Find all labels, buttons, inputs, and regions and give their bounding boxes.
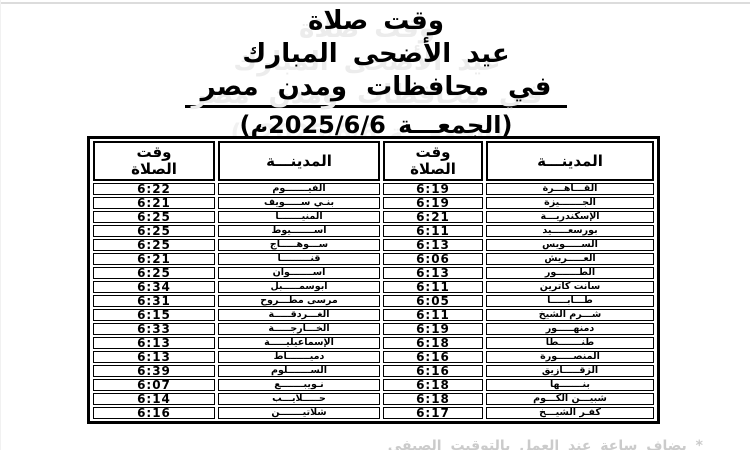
- time-cell-right: 6:11: [383, 309, 483, 321]
- table-row: سانت كاترين6:11أبوسمـــــبل6:34: [93, 281, 654, 293]
- table-row: الســـــويس6:13ســـوهـــــاج6:25: [93, 239, 654, 251]
- time-cell-left: 6:25: [93, 225, 215, 237]
- city-cell-left: أســـــــيوط: [218, 225, 380, 237]
- city-cell-left: المنيـــــــا: [218, 211, 380, 223]
- city-cell-right: طنـــــــطا: [486, 337, 654, 349]
- city-cell-right: الطـــــــور: [486, 267, 654, 279]
- city-cell-left: الســـــــلوم: [218, 365, 380, 377]
- time-cell-left: 6:25: [93, 239, 215, 251]
- city-cell-left: نـويبـــــــع: [218, 379, 380, 391]
- time-cell-left: 6:13: [93, 351, 215, 363]
- time-cell-left: 6:15: [93, 309, 215, 321]
- city-cell-right: الجـــــــيزة: [486, 197, 654, 209]
- time-cell-right: 6:16: [383, 351, 483, 363]
- table-row: العـــــريش6:06قنـــــــــا6:21: [93, 253, 654, 265]
- city-cell-left: الإسماعيليـــــة: [218, 337, 380, 349]
- city-cell-right: طـــابـــــا: [486, 295, 654, 307]
- title-line-governorates: في محافظات ومدن مصر: [1, 71, 750, 108]
- city-cell-left: قنـــــــــا: [218, 253, 380, 265]
- title-block: وقت صلاة عيد الأضحى المبارك في محافظات و…: [1, 5, 750, 140]
- table-row: الجـــــــيزة6:19بنـي ســـــويف6:21: [93, 197, 654, 209]
- title-line-governorates-text: في محافظات ومدن مصر: [185, 71, 568, 108]
- time-cell-left: 6:25: [93, 267, 215, 279]
- time-cell-right: 6:05: [383, 295, 483, 307]
- time-cell-right: 6:11: [383, 281, 483, 293]
- time-cell-right: 6:21: [383, 211, 483, 223]
- city-cell-right: شبيـــن الكـــوم: [486, 393, 654, 405]
- city-cell-right: الإسكندريـــة: [486, 211, 654, 223]
- table-row: المنصـــــورة6:16دميـــــــاط6:13: [93, 351, 654, 363]
- time-cell-right: 6:19: [383, 197, 483, 209]
- city-cell-left: بنـي ســـــويف: [218, 197, 380, 209]
- city-cell-right: شـــرم الشيخ: [486, 309, 654, 321]
- top-divider-line: [1, 2, 750, 4]
- time-cell-right: 6:13: [383, 267, 483, 279]
- city-cell-right: القـــاهـــرة: [486, 183, 654, 195]
- city-cell-left: الغـــردقـــــة: [218, 309, 380, 321]
- city-cell-right: دمنهـــــور: [486, 323, 654, 335]
- city-cell-left: أســـــــوان: [218, 267, 380, 279]
- table-row: بورسعـــــيد6:11أســـــــيوط6:25: [93, 225, 654, 237]
- table-row: شـــرم الشيخ6:11الغـــردقـــــة6:15: [93, 309, 654, 321]
- time-cell-left: 6:31: [93, 295, 215, 307]
- header-time-right-line1: وقت: [385, 144, 481, 161]
- city-cell-right: بنـــــــها: [486, 379, 654, 391]
- city-cell-left: شلاتيـــــــن: [218, 407, 380, 419]
- table-row: الإسكندريـــة6:21المنيـــــــا6:25: [93, 211, 654, 223]
- header-city-right: المدينـــة: [486, 141, 654, 181]
- time-cell-left: 6:39: [93, 365, 215, 377]
- city-cell-left: حـــــلايـــب: [218, 393, 380, 405]
- time-cell-left: 6:33: [93, 323, 215, 335]
- time-cell-right: 6:19: [383, 183, 483, 195]
- city-cell-left: مرسى مطـــروح: [218, 295, 380, 307]
- time-cell-left: 6:22: [93, 183, 215, 195]
- header-time-left: وقت الصلاة: [93, 141, 215, 181]
- table-row: الزقـــــازيق6:16الســـــــلوم6:39: [93, 365, 654, 377]
- table-row: دمنهـــــور6:19الخـــارجـــــة6:33: [93, 323, 654, 335]
- table-row: بنـــــــها6:18نـويبـــــــع6:07: [93, 379, 654, 391]
- table-row: شبيـــن الكـــوم6:18حـــــلايـــب6:14: [93, 393, 654, 405]
- time-cell-left: 6:21: [93, 197, 215, 209]
- title-line-prayer-time: وقت صلاة: [1, 5, 750, 38]
- city-cell-left: الفيـــــــوم: [218, 183, 380, 195]
- time-cell-right: 6:19: [383, 323, 483, 335]
- header-time-left-line1: وقت: [95, 144, 213, 161]
- time-cell-right: 6:11: [383, 225, 483, 237]
- time-cell-left: 6:34: [93, 281, 215, 293]
- table-row: القـــاهـــرة6:19الفيـــــــوم6:22: [93, 183, 654, 195]
- time-cell-right: 6:17: [383, 407, 483, 419]
- time-cell-right: 6:06: [383, 253, 483, 265]
- dst-footnote: * يضاف ساعة عند العمل بالتوقيت الصيفي: [388, 438, 703, 450]
- city-cell-right: كفـر الشيـــخ: [486, 407, 654, 419]
- city-cell-left: ســـوهـــــاج: [218, 239, 380, 251]
- city-cell-right: بورسعـــــيد: [486, 225, 654, 237]
- time-cell-left: 6:25: [93, 211, 215, 223]
- time-cell-right: 6:18: [383, 337, 483, 349]
- prayer-table-body: القـــاهـــرة6:19الفيـــــــوم6:22الجـــ…: [93, 183, 654, 419]
- time-cell-right: 6:16: [383, 365, 483, 377]
- table-row: طـــابـــــا6:05مرسى مطـــروح6:31: [93, 295, 654, 307]
- table-row: طنـــــــطا6:18الإسماعيليـــــة6:13: [93, 337, 654, 349]
- prayer-times-table: المدينـــة وقت الصلاة المدينـــة وقت الص…: [87, 136, 660, 424]
- time-cell-left: 6:16: [93, 407, 215, 419]
- time-cell-right: 6:18: [383, 379, 483, 391]
- header-time-right: وقت الصلاة: [383, 141, 483, 181]
- header-time-left-line2: الصلاة: [95, 161, 213, 178]
- header-city-left: المدينـــة: [218, 141, 380, 181]
- document-page: وقت صلاة عيد الأضحى المبارك في محافظات و…: [0, 0, 750, 450]
- city-cell-right: الســـــويس: [486, 239, 654, 251]
- time-cell-left: 6:14: [93, 393, 215, 405]
- city-cell-left: أبوسمـــــبل: [218, 281, 380, 293]
- time-cell-right: 6:13: [383, 239, 483, 251]
- city-cell-right: الزقـــــازيق: [486, 365, 654, 377]
- time-cell-left: 6:21: [93, 253, 215, 265]
- city-cell-right: المنصـــــورة: [486, 351, 654, 363]
- city-cell-left: دميـــــــاط: [218, 351, 380, 363]
- title-line-eid-name: عيد الأضحى المبارك: [1, 38, 750, 71]
- time-cell-right: 6:18: [383, 393, 483, 405]
- table-header-row: المدينـــة وقت الصلاة المدينـــة وقت الص…: [93, 141, 654, 181]
- header-time-right-line2: الصلاة: [385, 161, 481, 178]
- time-cell-left: 6:13: [93, 337, 215, 349]
- table-row: كفـر الشيـــخ6:17شلاتيـــــــن6:16: [93, 407, 654, 419]
- city-cell-right: سانت كاترين: [486, 281, 654, 293]
- city-cell-right: العـــــريش: [486, 253, 654, 265]
- time-cell-left: 6:07: [93, 379, 215, 391]
- city-cell-left: الخـــارجـــــة: [218, 323, 380, 335]
- table-row: الطـــــــور6:13أســـــــوان6:25: [93, 267, 654, 279]
